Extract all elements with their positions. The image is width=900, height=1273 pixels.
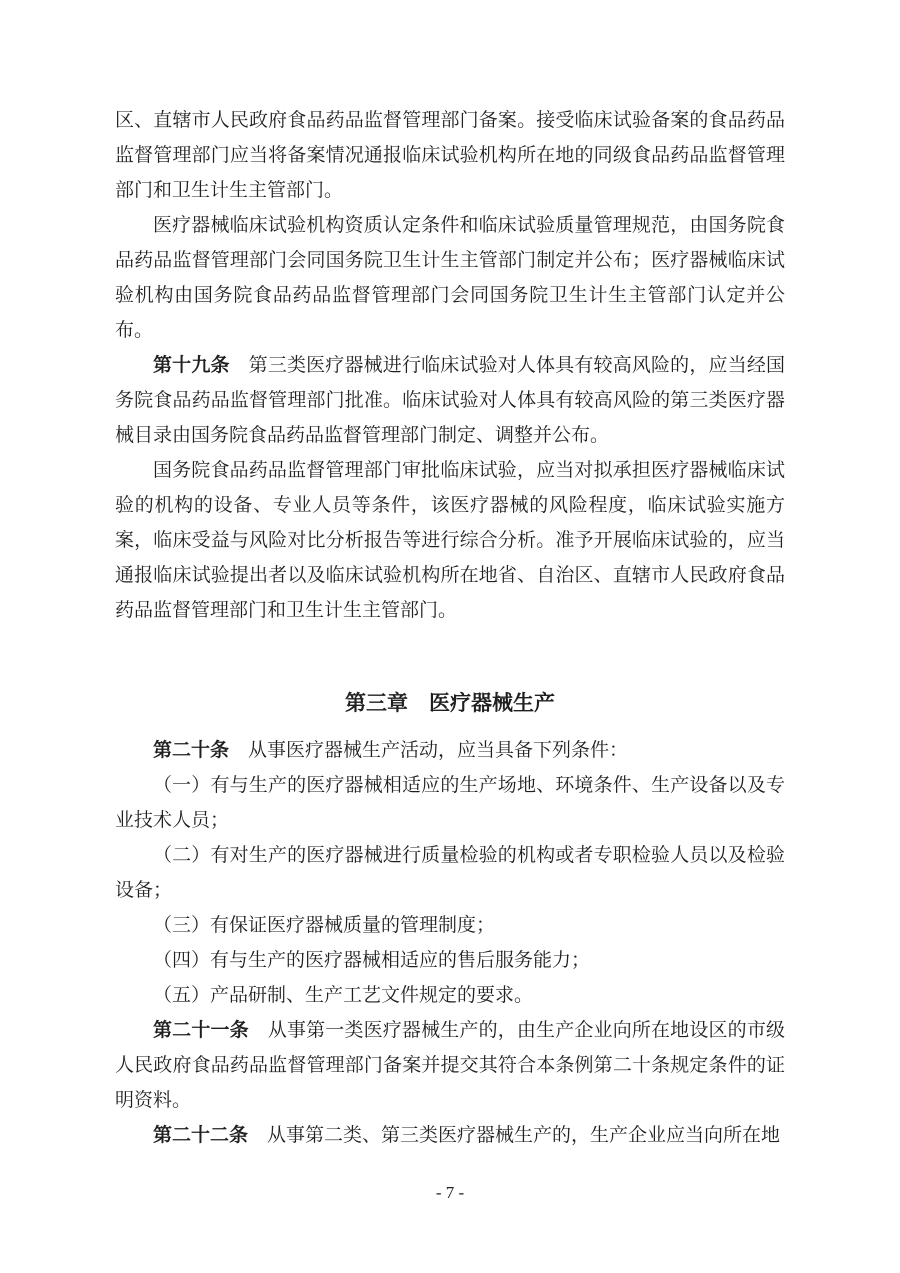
body-paragraph: 国务院食品药品监督管理部门审批临床试验，应当对拟承担医疗器械临床试验的机构的设备… [115, 453, 785, 628]
document-page: 区、直辖市人民政府食品药品监督管理部门备案。接受临床试验备案的食品药品监督管理部… [0, 0, 900, 1273]
article-text: 从事医疗器械生产活动，应当具备下列条件： [248, 740, 628, 761]
article-paragraph: 第十九条第三类医疗器械进行临床试验对人体具有较高风险的，应当经国务院食品药品监督… [115, 348, 785, 453]
article-text: 从事第二类、第三类医疗器械生产的，生产企业应当向所在地 [267, 1125, 780, 1146]
article-number: 第十九条 [153, 355, 230, 376]
list-item-paragraph: （二）有对生产的医疗器械进行质量检验的机构或者专职检验人员以及检验设备； [115, 838, 785, 908]
body-paragraph: 区、直辖市人民政府食品药品监督管理部门备案。接受临床试验备案的食品药品监督管理部… [115, 103, 785, 208]
page-number: - 7 - [0, 1183, 900, 1203]
list-item-paragraph: （三）有保证医疗器械质量的管理制度； [115, 908, 785, 943]
chapter-heading: 第三章 医疗器械生产 [115, 686, 785, 721]
list-item-paragraph: （五）产品研制、生产工艺文件规定的要求。 [115, 978, 785, 1013]
list-item-paragraph: （一）有与生产的医疗器械相适应的生产场地、环境条件、生产设备以及专业技术人员； [115, 768, 785, 838]
article-number: 第二十一条 [153, 1020, 249, 1041]
article-number: 第二十二条 [153, 1125, 248, 1146]
article-paragraph: 第二十一条从事第一类医疗器械生产的，由生产企业向所在地设区的市级人民政府食品药品… [115, 1013, 785, 1118]
article-number: 第二十条 [153, 740, 229, 761]
article-paragraph: 第二十条从事医疗器械生产活动，应当具备下列条件： [115, 733, 785, 768]
list-item-paragraph: （四）有与生产的医疗器械相适应的售后服务能力； [115, 943, 785, 978]
body-paragraph: 医疗器械临床试验机构资质认定条件和临床试验质量管理规范，由国务院食品药品监督管理… [115, 208, 785, 348]
article-paragraph: 第二十二条从事第二类、第三类医疗器械生产的，生产企业应当向所在地 [115, 1118, 785, 1153]
